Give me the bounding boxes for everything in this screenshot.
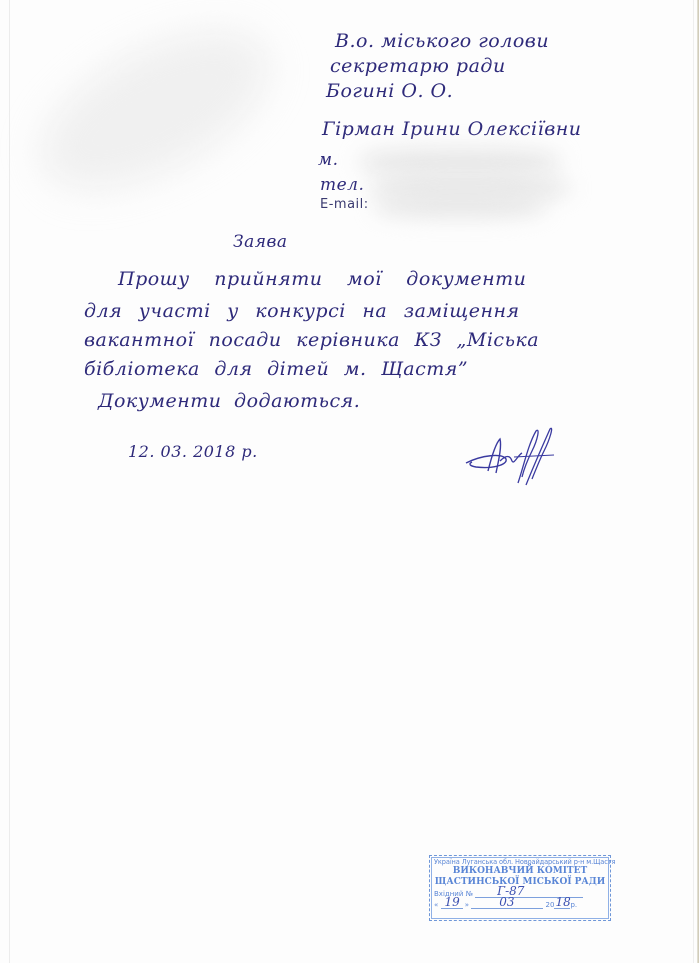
body-line-3: вакантної посади керівника КЗ „Міська bbox=[84, 329, 539, 351]
stamp-day-field: 19 bbox=[441, 899, 463, 909]
stamp-day-close-quote: » bbox=[465, 901, 469, 909]
stamp-year-field: 18 bbox=[554, 899, 570, 909]
addressee-line-1: В.о. міського голови bbox=[335, 30, 549, 52]
sender-email-label: E-mail: bbox=[320, 197, 369, 212]
redacted-email bbox=[375, 196, 545, 218]
body-line-1: Прошу прийняти мої документи bbox=[118, 268, 526, 290]
signature-icon bbox=[462, 425, 562, 487]
stamp-day-open-quote: « bbox=[434, 901, 438, 909]
sender-address-label: м. bbox=[318, 150, 339, 170]
stamp-year-suffix: 18 bbox=[555, 896, 570, 908]
scan-left-edge bbox=[9, 0, 10, 963]
stamp-month: 03 bbox=[499, 896, 514, 908]
registration-stamp: Україна Луганська обл. Новоайдарський р-… bbox=[429, 855, 611, 921]
application-date: 12. 03. 2018 р. bbox=[128, 442, 258, 461]
stamp-date-row: « 19 » 03 20 18 р. bbox=[434, 899, 606, 910]
stamp-year-unit: р. bbox=[570, 901, 577, 909]
stamp-day: 19 bbox=[445, 896, 460, 908]
stamp-month-field: 03 bbox=[471, 899, 543, 909]
scan-right-edge bbox=[697, 0, 699, 963]
body-line-4: бібліотека для дітей м. Щастя” bbox=[84, 358, 468, 380]
scan-right-edge-inner bbox=[693, 0, 694, 963]
addressee-line-3: Богині О. О. bbox=[326, 80, 453, 102]
stamp-year-prefix: 20 bbox=[546, 901, 555, 909]
addressee-line-2: секретарю ради bbox=[330, 55, 506, 77]
redacted-smudge bbox=[16, 0, 293, 222]
stamp-title-line-1: ВИКОНАВЧИЙ КОМІТЕТ bbox=[434, 866, 606, 877]
sender-phone-label: тел. bbox=[320, 175, 364, 195]
body-line-2: для участі у конкурсі на заміщення bbox=[84, 300, 520, 322]
sender-name: Гірман Ірини Олексіївни bbox=[322, 118, 582, 140]
redacted-address bbox=[360, 148, 560, 176]
scanned-page: В.о. міського голови секретарю ради Боги… bbox=[0, 0, 700, 963]
body-line-5: Документи додаються. bbox=[98, 390, 360, 412]
document-title: Заява bbox=[233, 232, 288, 252]
stamp-region-line: Україна Луганська обл. Новоайдарський р-… bbox=[434, 858, 606, 866]
